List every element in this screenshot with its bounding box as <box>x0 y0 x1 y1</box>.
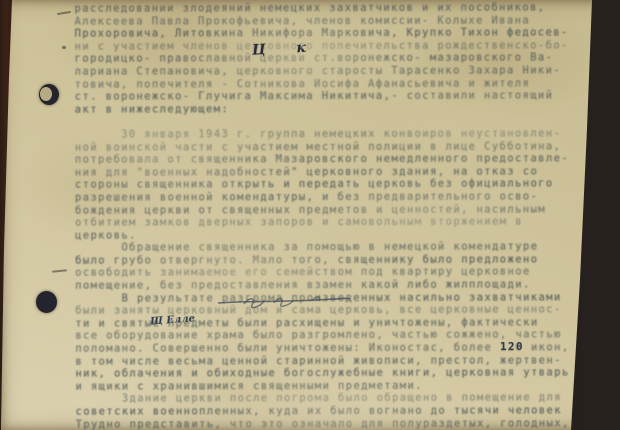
punch-hole-top <box>39 84 59 105</box>
pencil-dash-top <box>57 11 71 15</box>
punch-hole-tear <box>40 87 52 101</box>
punch-hole-bottom <box>36 291 57 313</box>
document-text: расследовании злодеяний немецких захватч… <box>74 1 605 430</box>
pencil-dot-mark <box>62 46 66 49</box>
document-page: расследовании злодеяний немецких захватч… <box>0 0 620 430</box>
scan-background: расследовании злодеяний немецких захватч… <box>0 0 620 430</box>
document-line: Трудно представить, что это означало для… <box>76 417 606 430</box>
pencil-dash-left <box>52 269 67 273</box>
